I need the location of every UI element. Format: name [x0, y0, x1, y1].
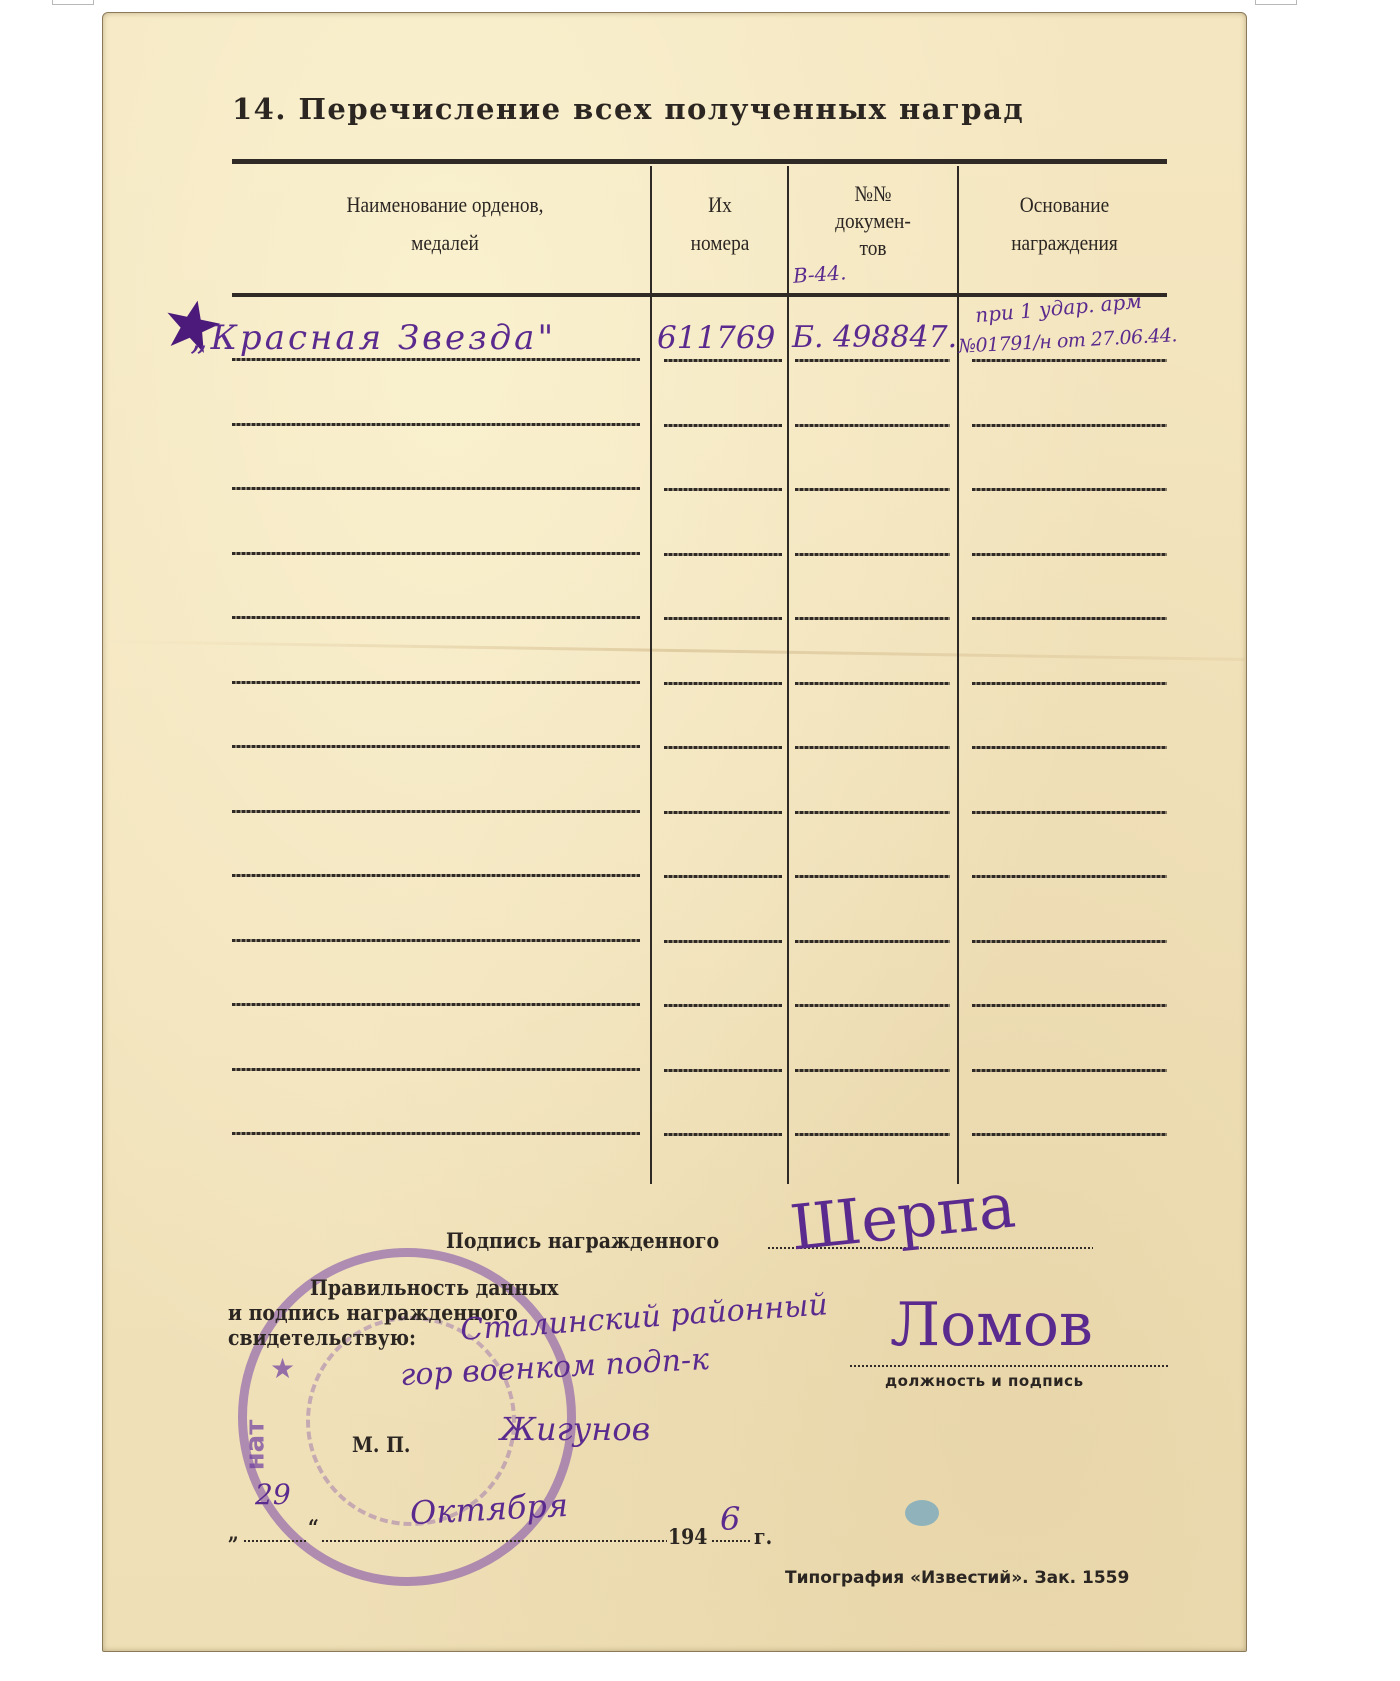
table-row-line: [972, 617, 1167, 620]
header-document-numbers: №№ докумен- тов: [802, 180, 945, 261]
table-row-line: [972, 940, 1167, 943]
frame-tick-left: [52, 0, 94, 5]
header-handwritten-annotation: В-44.: [792, 260, 847, 288]
table-row-line: [232, 1132, 640, 1135]
table-row-line: [795, 940, 950, 943]
printer-imprint: Типография «Известий». Зак. 1559: [785, 1568, 1129, 1588]
award-name-cell: „Красная Звезда": [190, 318, 556, 358]
table-row-line: [232, 616, 640, 619]
table-row-line: [972, 1069, 1167, 1072]
certifier-name: Жигунов: [500, 1410, 650, 1448]
date-day-line: [244, 1540, 306, 1542]
frame-tick-right: [1255, 0, 1297, 5]
row-line-doc: [795, 359, 950, 362]
table-row-line: [664, 1069, 782, 1072]
date-year-prefix: 194: [668, 1524, 707, 1549]
column-divider-3: [957, 166, 959, 1184]
table-row-line: [664, 488, 782, 491]
table-row-line: [232, 939, 640, 942]
table-row-line: [232, 1068, 640, 1071]
table-row-line: [795, 553, 950, 556]
table-row-line: [972, 1133, 1167, 1136]
certification-label-1: Правильность данных: [310, 1275, 558, 1300]
table-row-line: [232, 745, 640, 748]
table-row-line: [972, 811, 1167, 814]
table-row-line: [664, 940, 782, 943]
table-row-line: [795, 811, 950, 814]
date-year-suffix: 6: [720, 1500, 740, 1538]
table-row-line: [232, 810, 640, 813]
row-line-number: [664, 359, 782, 362]
table-row-line: [664, 682, 782, 685]
award-number-cell: 611769: [657, 320, 775, 356]
certifier-signature: Ломов: [890, 1290, 1093, 1360]
seal-placeholder-label: М. П.: [352, 1432, 411, 1457]
section-title: 14. Перечисление всех полученных наград: [232, 92, 1024, 126]
table-row-line: [972, 1004, 1167, 1007]
awardee-signature-label: Подпись награжденного: [446, 1228, 719, 1253]
date-close-quote: “: [308, 1515, 319, 1540]
header-award-name: Наименование орденов, медалей: [273, 190, 616, 258]
table-row-line: [795, 617, 950, 620]
table-row-line: [795, 875, 950, 878]
table-row-line: [795, 1133, 950, 1136]
table-row-line: [795, 1069, 950, 1072]
position-signature-line: [850, 1365, 1170, 1367]
table-row-line: [664, 1004, 782, 1007]
table-row-line: [795, 1004, 950, 1007]
column-divider-1: [650, 166, 652, 1184]
date-month-line: [322, 1540, 667, 1542]
row-line-name: [232, 358, 640, 361]
position-signature-label: должность и подпись: [885, 1372, 1084, 1390]
table-row-line: [232, 487, 640, 490]
table-row-line: [972, 424, 1167, 427]
table-row-line: [795, 746, 950, 749]
row-line-basis: [972, 359, 1167, 362]
table-row-line: [795, 488, 950, 491]
column-divider-2: [787, 166, 789, 1184]
table-row-line: [664, 811, 782, 814]
table-row-line: [664, 617, 782, 620]
table-row-line: [232, 1003, 640, 1006]
certification-label-3: свидетельствую:: [228, 1325, 416, 1350]
table-row-line: [664, 424, 782, 427]
table-row-line: [664, 1133, 782, 1136]
stamp-text-fragment: нат: [240, 1420, 270, 1471]
table-row-line: [232, 552, 640, 555]
date-open-quote: „: [228, 1520, 239, 1545]
stamp-star-icon: ★: [270, 1352, 295, 1385]
date-day: 29: [255, 1478, 291, 1511]
table-row-line: [795, 424, 950, 427]
table-top-rule: [232, 159, 1167, 164]
date-year-line: [712, 1540, 750, 1542]
date-year-unit: г.: [754, 1524, 772, 1549]
table-row-line: [972, 553, 1167, 556]
table-row-line: [972, 746, 1167, 749]
table-row-line: [232, 681, 640, 684]
table-row-line: [664, 746, 782, 749]
table-row-line: [664, 875, 782, 878]
table-row-line: [972, 682, 1167, 685]
table-row-line: [972, 488, 1167, 491]
header-award-numbers: Их номера: [663, 190, 777, 258]
document-number-cell: Б. 498847.: [792, 320, 957, 355]
table-row-line: [972, 875, 1167, 878]
table-row-line: [232, 423, 640, 426]
table-row-line: [232, 874, 640, 877]
table-header-rule: [232, 293, 1167, 297]
table-row-line: [664, 553, 782, 556]
table-row-line: [795, 682, 950, 685]
header-award-basis: Основание награждения: [974, 190, 1154, 258]
ink-blot: [905, 1500, 939, 1526]
